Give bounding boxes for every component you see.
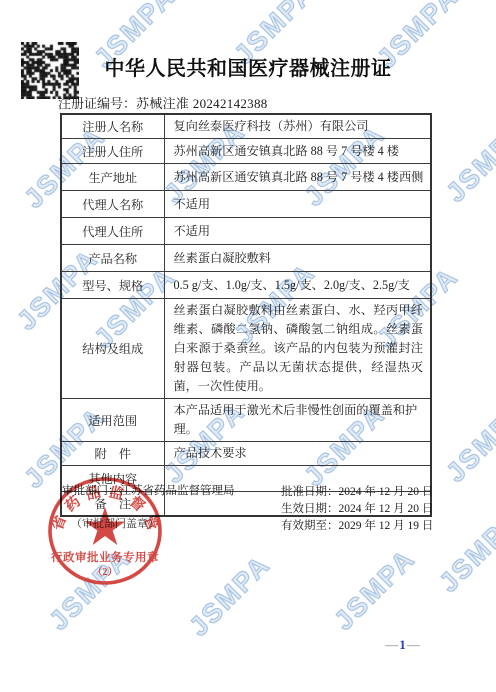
cert-number-line: 注册证编号：苏械注准 20242142388 [58, 93, 268, 112]
table-row: 适用范围本产品适用于激光术后非慢性创面的覆盖和护理。 [61, 399, 431, 442]
date-line: 批准日期：2024 年 12 月 20 日 [281, 484, 433, 501]
cert-number-label: 注册证编号： [58, 96, 136, 111]
certificate-page: JSMPAJSMPAJSMPAJSMPAJSMPAJSMPAJSMPAJSMPA… [0, 0, 496, 692]
seal-line-text: 行政审批业务专用章 [51, 550, 159, 564]
table-row: 型号、规格0.5 g/支、1.0g/支、1.5g/支、2.0g/支、2.5g/支 [61, 272, 431, 299]
certificate-table: 注册人名称复向丝泰医疗科技（苏州）有限公司 注册人住所苏州高新区通安镇真北路 8… [60, 113, 432, 517]
row-value: 不适用 [164, 218, 431, 245]
row-label: 代理人名称 [61, 191, 164, 218]
seal-sub-text: （2） [93, 565, 118, 578]
row-value: 0.5 g/支、1.0g/支、1.5g/支、2.0g/支、2.5g/支 [164, 272, 431, 299]
watermark-jsmpa: JSMPA [433, 505, 496, 598]
row-label: 注册人住所 [61, 139, 164, 164]
approval-dates: 批准日期：2024 年 12 月 20 日 生效日期：2024 年 12 月 2… [281, 484, 433, 535]
table-row: 附 件产品技术要求 [61, 442, 431, 466]
row-value: 丝素蛋白凝胶敷料 [164, 245, 431, 272]
certificate-title: 中华人民共和国医疗器械注册证 [0, 52, 496, 81]
table-row: 产品名称丝素蛋白凝胶敷料 [61, 245, 431, 272]
cert-number-value: 苏械注准 20242142388 [136, 96, 268, 111]
watermark-jsmpa: JSMPA [183, 549, 276, 642]
table-row: 代理人名称不适用 [61, 191, 431, 218]
row-value: 苏州高新区通安镇真北路 88 号 7 号楼 4 楼西侧 [164, 164, 431, 191]
row-label: 产品名称 [61, 245, 164, 272]
row-label: 生产地址 [61, 164, 164, 191]
table-row: 生产地址苏州高新区通安镇真北路 88 号 7 号楼 4 楼西侧 [61, 164, 431, 191]
table-row: 注册人住所苏州高新区通安镇真北路 88 号 7 号楼 4 楼 [61, 139, 431, 164]
row-value: 丝素蛋白凝胶敷料由丝素蛋白、水、羟丙甲纤维素、磷酸二氢钠、磷酸氢二钠组成。丝素蛋… [164, 299, 431, 399]
watermark-jsmpa: JSMPA [440, 395, 496, 488]
page-number: —1— [378, 637, 428, 653]
table-row: 结构及组成丝素蛋白凝胶敷料由丝素蛋白、水、羟丙甲纤维素、磷酸二氢钠、磷酸氢二钠组… [61, 299, 431, 399]
official-seal: 江苏省药品监督管理局 行政审批业务专用章 （2） [45, 472, 167, 590]
row-label: 代理人住所 [61, 218, 164, 245]
table-row: 注册人名称复向丝泰医疗科技（苏州）有限公司 [61, 114, 431, 139]
row-label: 结构及组成 [61, 299, 164, 399]
row-value: 苏州高新区通安镇真北路 88 号 7 号楼 4 楼 [164, 139, 431, 164]
row-label: 型号、规格 [61, 272, 164, 299]
date-line: 有效期至：2029 年 12 月 19 日 [281, 518, 433, 535]
watermark-jsmpa: JSMPA [440, 115, 496, 208]
row-value: 不适用 [164, 191, 431, 218]
row-label: 附 件 [61, 442, 164, 466]
table-row: 代理人住所不适用 [61, 218, 431, 245]
date-line: 生效日期：2024 年 12 月 20 日 [281, 501, 433, 518]
seal-star-icon [85, 507, 125, 545]
row-value: 产品技术要求 [164, 442, 431, 466]
row-value: 复向丝泰医疗科技（苏州）有限公司 [164, 114, 431, 139]
row-value: 本产品适用于激光术后非慢性创面的覆盖和护理。 [164, 399, 431, 442]
row-label: 适用范围 [61, 399, 164, 442]
watermark-jsmpa: JSMPA [328, 543, 421, 636]
row-label: 注册人名称 [61, 114, 164, 139]
